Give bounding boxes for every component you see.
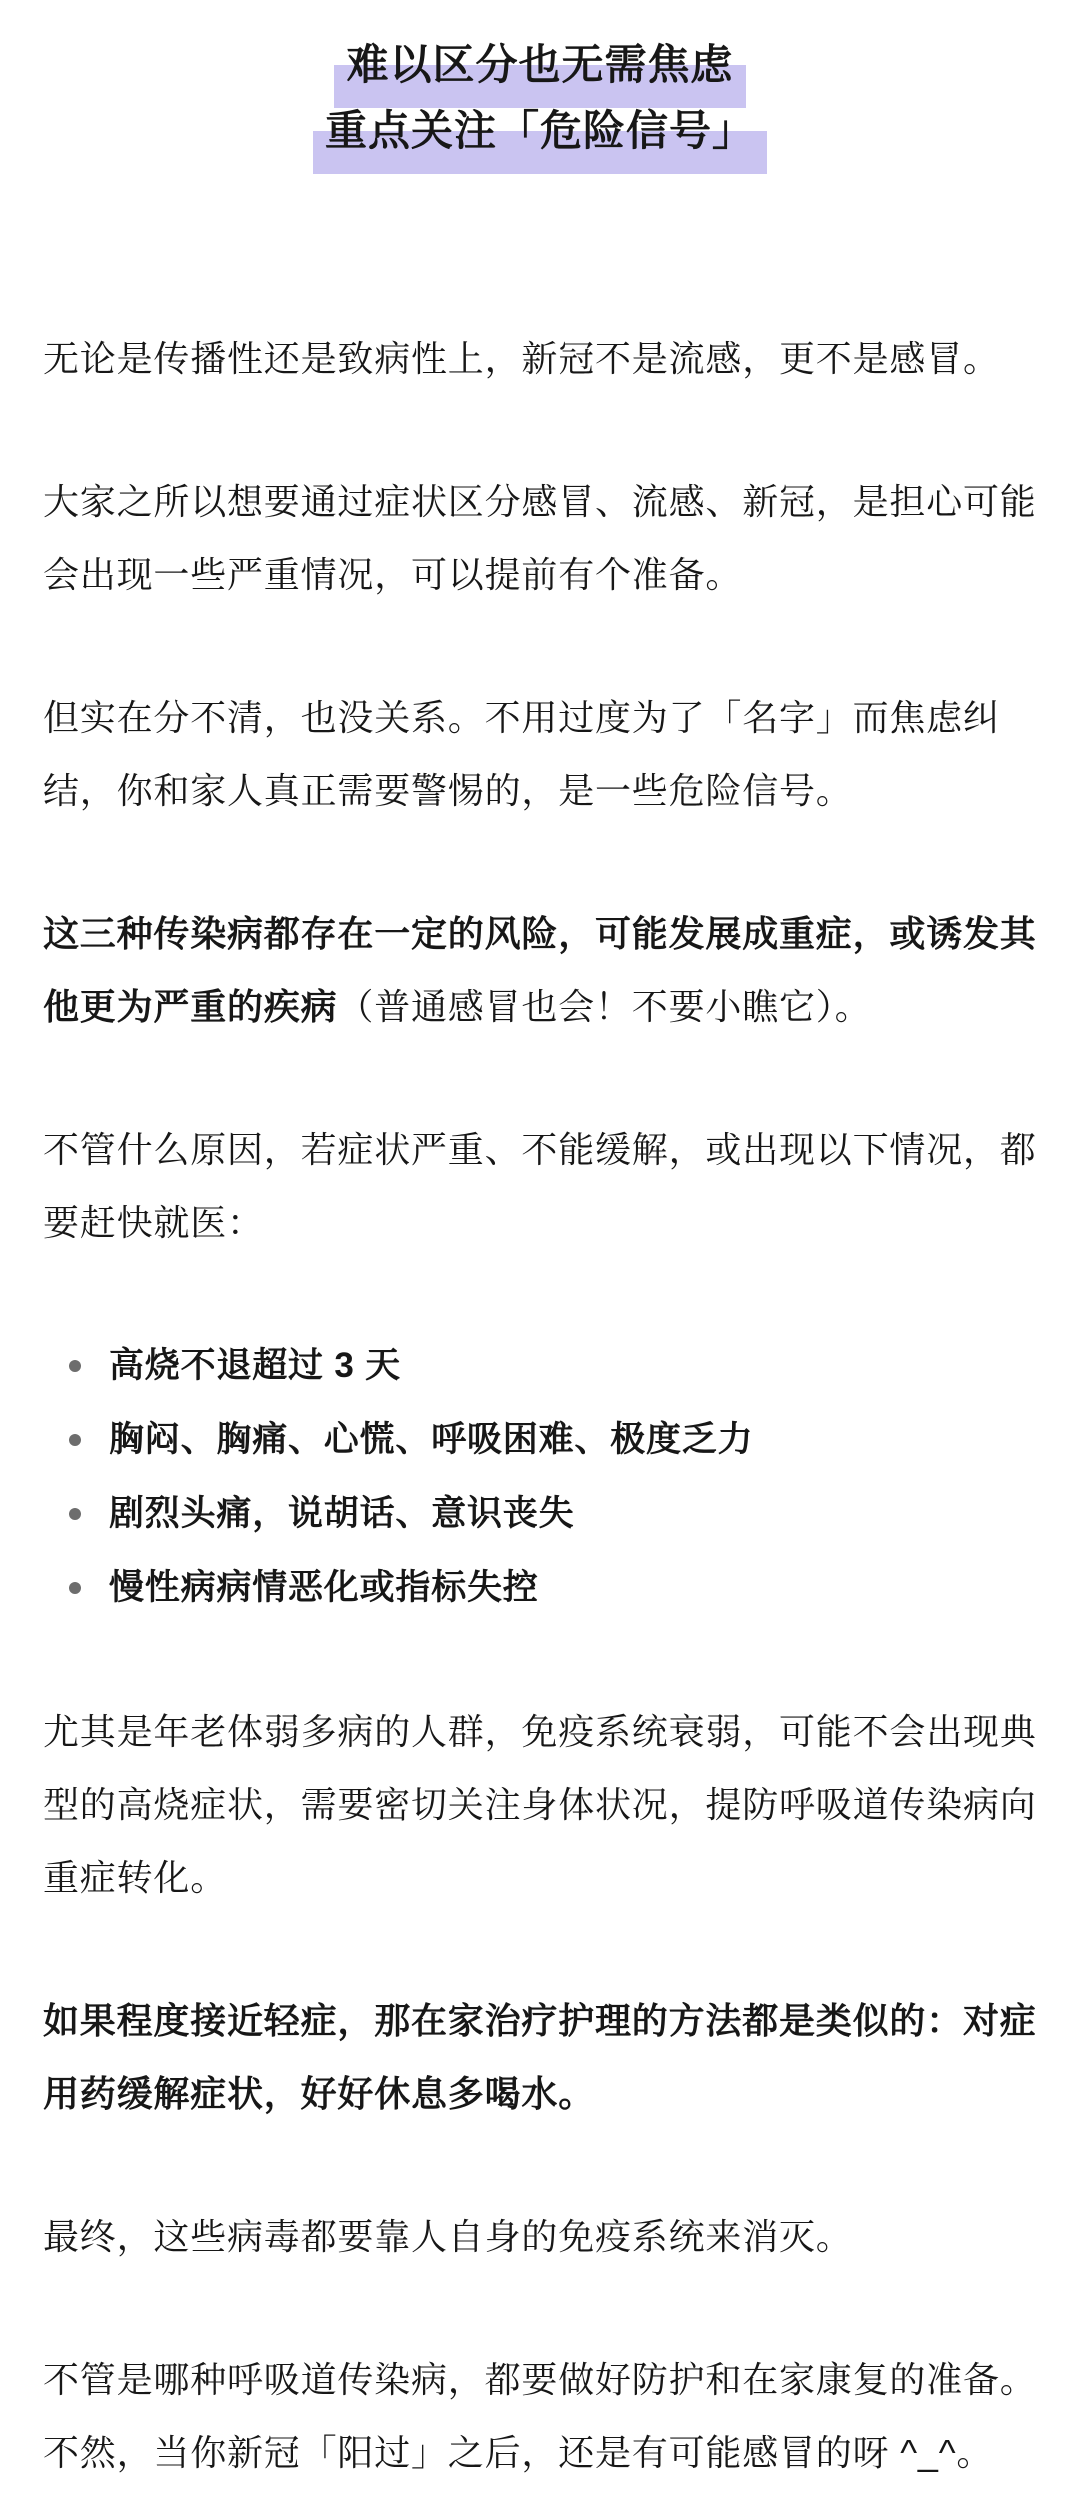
title-line-1: 难以区分也无需焦虑 [346, 32, 733, 98]
paragraph-text: 大家之所以想要通过症状区分感冒、流感、新冠，是担心可能会出现一些严重情况，可以提… [43, 481, 1037, 595]
paragraph: 不管什么原因，若症状严重、不能缓解，或出现以下情况，都要赶快就医： [43, 1113, 1037, 1259]
paragraph: 最终，这些病毒都要靠人自身的免疫系统来消灭。 [43, 2200, 1037, 2273]
paragraph: 无论是传播性还是致病性上，新冠不是流感，更不是感冒。 [43, 322, 1037, 395]
paragraph: 但实在分不清，也没关系。不用过度为了「名字」而焦虑纠结，你和家人真正需要警惕的，… [43, 681, 1037, 827]
paragraph-text: 无论是传播性还是致病性上，新冠不是流感，更不是感冒。 [43, 338, 1000, 379]
paragraph: 如果程度接近轻症，那在家治疗护理的方法都是类似的：对症用药缓解症状，好好休息多喝… [43, 1984, 1037, 2130]
paragraph-text: 尤其是年老体弱多病的人群，免疫系统衰弱，可能不会出现典型的高烧症状，需要密切关注… [43, 1711, 1037, 1898]
page-title: 难以区分也无需焦虑 重点关注「危险信号」 [43, 32, 1037, 164]
danger-signal-list: 高烧不退超过 3 天胸闷、胸痛、心慌、呼吸困难、极度乏力剧烈头痛，说胡话、意识丧… [43, 1329, 1037, 1625]
article-page: 难以区分也无需焦虑 重点关注「危险信号」 无论是传播性还是致病性上，新冠不是流感… [0, 0, 1080, 2520]
list-item: 慢性病病情恶化或指标失控 [43, 1551, 1037, 1625]
title-line-2: 重点关注「危险信号」 [325, 98, 755, 164]
paragraph-text: 最终，这些病毒都要靠人自身的免疫系统来消灭。 [43, 2216, 853, 2257]
list-item: 高烧不退超过 3 天 [43, 1329, 1037, 1403]
paragraph-text: 不管是哪种呼吸道传染病，都要做好防护和在家康复的准备。不然，当你新冠「阳过」之后… [43, 2359, 1037, 2473]
paragraph: 这三种传染病都存在一定的风险，可能发展成重症，或诱发其他更为严重的疾病（普通感冒… [43, 897, 1037, 1043]
article-body: 无论是传播性还是致病性上，新冠不是流感，更不是感冒。大家之所以想要通过症状区分感… [43, 322, 1037, 2489]
paragraph: 大家之所以想要通过症状区分感冒、流感、新冠，是担心可能会出现一些严重情况，可以提… [43, 465, 1037, 611]
paragraph-text-bold: 如果程度接近轻症，那在家治疗护理的方法都是类似的：对症用药缓解症状，好好休息多喝… [43, 2000, 1037, 2114]
list-item: 剧烈头痛，说胡话、意识丧失 [43, 1477, 1037, 1551]
paragraph: 尤其是年老体弱多病的人群，免疫系统衰弱，可能不会出现典型的高烧症状，需要密切关注… [43, 1695, 1037, 1914]
paragraph-text: 但实在分不清，也没关系。不用过度为了「名字」而焦虑纠结，你和家人真正需要警惕的，… [43, 697, 1000, 811]
paragraph-text: 不管什么原因，若症状严重、不能缓解，或出现以下情况，都要赶快就医： [43, 1129, 1037, 1243]
paragraph: 不管是哪种呼吸道传染病，都要做好防护和在家康复的准备。不然，当你新冠「阳过」之后… [43, 2343, 1037, 2489]
list-item: 胸闷、胸痛、心慌、呼吸困难、极度乏力 [43, 1403, 1037, 1477]
paragraph-text: （普通感冒也会！不要小瞧它）。 [337, 986, 871, 1027]
